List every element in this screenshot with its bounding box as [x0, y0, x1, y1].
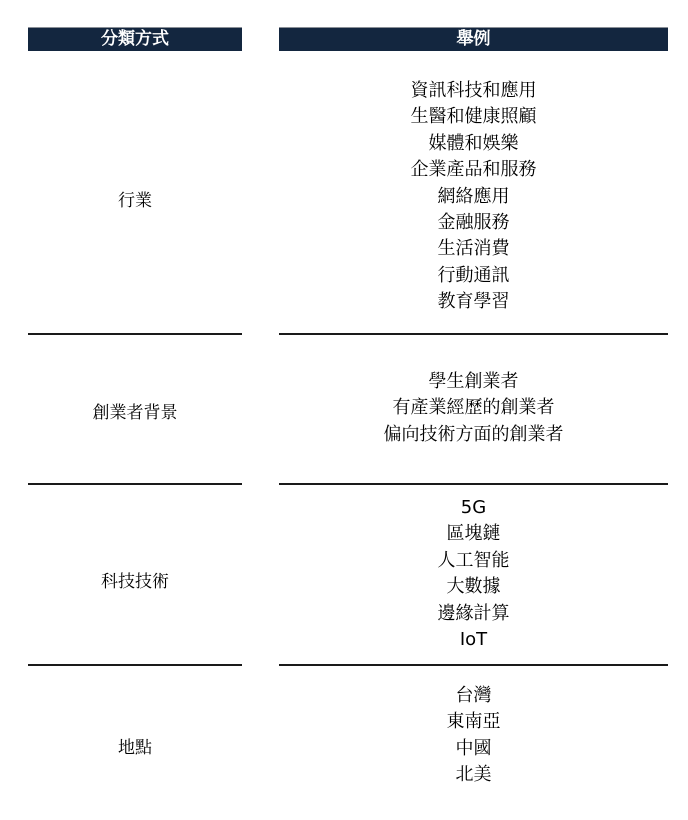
divider	[279, 333, 668, 335]
divider	[28, 664, 242, 666]
divider	[28, 333, 242, 335]
list-item: 學生創業者	[279, 369, 668, 395]
list-item: 金融服務	[279, 210, 668, 236]
header-category: 分類方式	[28, 27, 242, 51]
list-item: 人工智能	[279, 548, 668, 574]
list-item: 有產業經歷的創業者	[279, 395, 668, 421]
examples-technology: 5G 區塊鏈 人工智能 大數據 邊緣計算 IoT	[279, 495, 668, 653]
divider	[28, 483, 242, 485]
examples-industry: 資訊科技和應用 生醫和健康照顧 媒體和娛樂 企業產品和服務 網絡應用 金融服務 …	[279, 78, 668, 316]
category-founder-background: 創業者背景	[28, 398, 242, 423]
list-item: 大數據	[279, 574, 668, 600]
list-item: 邊緣計算	[279, 601, 668, 627]
list-item: 中國	[279, 736, 668, 762]
list-item: 偏向技術方面的創業者	[279, 422, 668, 448]
list-item: 網絡應用	[279, 184, 668, 210]
list-item: 生醫和健康照顧	[279, 104, 668, 130]
divider	[279, 664, 668, 666]
list-item: 資訊科技和應用	[279, 78, 668, 104]
list-item: 台灣	[279, 683, 668, 709]
list-item: 北美	[279, 762, 668, 788]
list-item: 媒體和娛樂	[279, 131, 668, 157]
list-item: 5G	[279, 495, 668, 521]
examples-founder-background: 學生創業者 有產業經歷的創業者 偏向技術方面的創業者	[279, 369, 668, 448]
header-examples: 舉例	[279, 27, 668, 51]
list-item: 生活消費	[279, 236, 668, 262]
list-item: 區塊鏈	[279, 521, 668, 547]
list-item: 教育學習	[279, 289, 668, 315]
list-item: IoT	[279, 627, 668, 653]
category-industry: 行業	[28, 186, 242, 211]
list-item: 東南亞	[279, 709, 668, 735]
category-location: 地點	[28, 733, 242, 758]
divider	[279, 483, 668, 485]
list-item: 行動通訊	[279, 263, 668, 289]
list-item: 企業產品和服務	[279, 157, 668, 183]
examples-location: 台灣 東南亞 中國 北美	[279, 683, 668, 789]
category-technology: 科技技術	[28, 567, 242, 592]
